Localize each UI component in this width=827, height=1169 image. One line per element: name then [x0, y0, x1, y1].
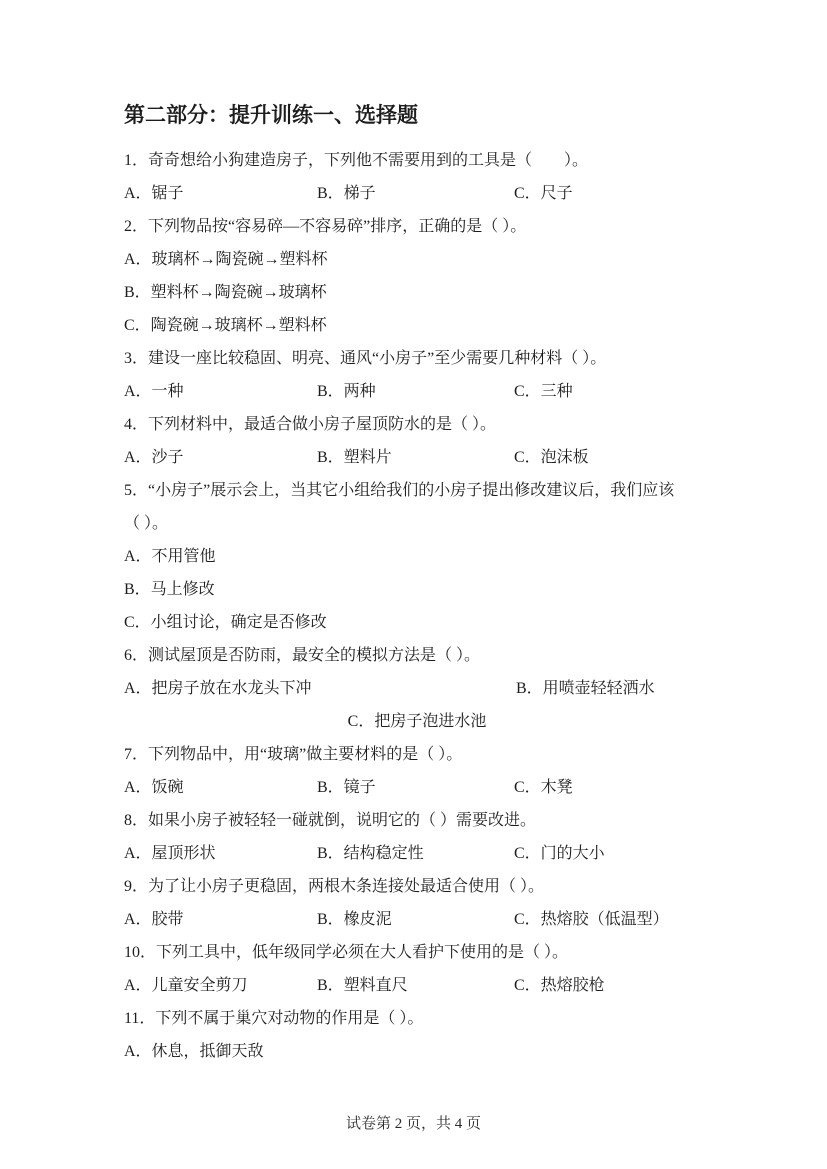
question-1-option-c: C．尺子 — [514, 177, 573, 210]
question-10-option-a: A．儿童安全剪刀 — [124, 969, 248, 1002]
question-8-option-c: C．门的大小 — [514, 837, 605, 870]
question-8-options: A．屋顶形状 B．结构稳定性 C．门的大小 — [124, 837, 710, 870]
question-1-option-a: A．锯子 — [124, 177, 184, 210]
question-7-options: A．饭碗 B．镜子 C．木凳 — [124, 771, 710, 804]
question-5-text: 5．“小房子”展示会上，当其它小组给我们的小房子提出修改建议后，我们应该 — [124, 474, 710, 507]
question-7-option-b: B．镜子 — [317, 771, 376, 804]
question-1-options: A．锯子 B．梯子 C．尺子 — [124, 177, 710, 210]
question-6-options-row: A．把房子放在水龙头下冲 B．用喷壶轻轻洒水 — [124, 672, 710, 705]
question-9-options: A．胶带 B．橡皮泥 C．热熔胶（低温型） — [124, 903, 710, 936]
question-4-options: A．沙子 B．塑料片 C．泡沫板 — [124, 441, 710, 474]
question-4-option-c: C．泡沫板 — [514, 441, 589, 474]
question-6-option-c: C．把房子泡进水池 — [124, 705, 710, 738]
question-5-option-c: C．小组讨论，确定是否修改 — [124, 606, 710, 639]
question-9-option-a: A．胶带 — [124, 903, 184, 936]
question-2-text: 2．下列物品按“容易碎—不容易碎”排序，正确的是（ ）。 — [124, 210, 710, 243]
question-6-option-a: A．把房子放在水龙头下冲 — [124, 672, 312, 705]
question-10-options: A．儿童安全剪刀 B．塑料直尺 C．热熔胶枪 — [124, 969, 710, 1002]
exam-page-content: 第二部分：提升训练一、选择题 1．奇奇想给小狗建造房子，下列他不需要用到的工具是… — [124, 100, 710, 1068]
question-9-option-c: C．热熔胶（低温型） — [514, 903, 669, 936]
question-10-option-c: C．热熔胶枪 — [514, 969, 605, 1002]
question-3-text: 3．建设一座比较稳固、明亮、通风“小房子”至少需要几种材料（ ）。 — [124, 342, 710, 375]
question-3-option-b: B．两种 — [317, 375, 376, 408]
question-4-option-b: B．塑料片 — [317, 441, 392, 474]
question-2-option-a: A．玻璃杯→陶瓷碗→塑料杯 — [124, 243, 710, 276]
page-number-footer: 试卷第 2 页，共 4 页 — [0, 1112, 827, 1133]
question-7-option-a: A．饭碗 — [124, 771, 184, 804]
section-title: 第二部分：提升训练一、选择题 — [124, 100, 710, 144]
question-4-option-a: A．沙子 — [124, 441, 184, 474]
question-9-option-b: B．橡皮泥 — [317, 903, 392, 936]
question-7-text: 7．下列物品中，用“玻璃”做主要材料的是（ ）。 — [124, 738, 710, 771]
question-5-option-a: A．不用管他 — [124, 540, 710, 573]
question-3-option-a: A．一种 — [124, 375, 184, 408]
question-11-option-a: A．休息，抵御天敌 — [124, 1035, 710, 1068]
question-7-option-c: C．木凳 — [514, 771, 573, 804]
question-8-option-b: B．结构稳定性 — [317, 837, 424, 870]
question-1-text: 1．奇奇想给小狗建造房子，下列他不需要用到的工具是（ ）。 — [124, 144, 710, 177]
question-6-text: 6．测试屋顶是否防雨，最安全的模拟方法是（ ）。 — [124, 639, 710, 672]
question-9-text: 9．为了让小房子更稳固，两根木条连接处最适合使用（ ）。 — [124, 870, 710, 903]
question-2-option-b: B．塑料杯→陶瓷碗→玻璃杯 — [124, 276, 710, 309]
question-1-option-b: B．梯子 — [317, 177, 376, 210]
question-3-options: A．一种 B．两种 C．三种 — [124, 375, 710, 408]
question-10-text: 10．下列工具中，低年级同学必须在大人看护下使用的是（ ）。 — [124, 936, 710, 969]
question-8-text: 8．如果小房子被轻轻一碰就倒，说明它的（ ）需要改进。 — [124, 804, 710, 837]
question-2-option-c: C．陶瓷碗→玻璃杯→塑料杯 — [124, 309, 710, 342]
question-4-text: 4．下列材料中，最适合做小房子屋顶防水的是（ ）。 — [124, 408, 710, 441]
question-5-text-line2: （ ）。 — [124, 507, 710, 540]
question-11-text: 11．下列不属于巢穴对动物的作用是（ ）。 — [124, 1002, 710, 1035]
question-5-option-b: B．马上修改 — [124, 573, 710, 606]
question-10-option-b: B．塑料直尺 — [317, 969, 408, 1002]
question-3-option-c: C．三种 — [514, 375, 573, 408]
question-8-option-a: A．屋顶形状 — [124, 837, 216, 870]
question-6-option-b: B．用喷壶轻轻洒水 — [516, 672, 655, 705]
